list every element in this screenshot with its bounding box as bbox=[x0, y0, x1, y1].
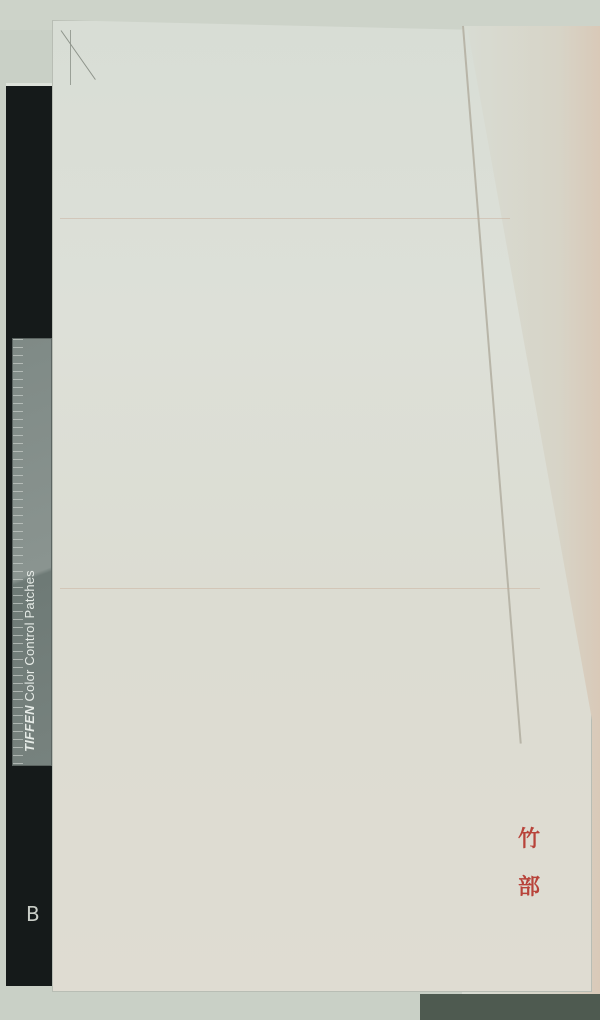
ruler-text: Color Control Patches bbox=[22, 570, 37, 701]
ruler-label: TIFFEN Color Control Patches bbox=[22, 570, 37, 752]
ruler-brand: TIFFEN bbox=[22, 705, 37, 752]
stamp-char-2: 部 bbox=[518, 870, 540, 901]
corner-pencil-mark bbox=[70, 30, 111, 85]
fold-line-upper bbox=[60, 218, 510, 219]
stamp-char-1: 竹 bbox=[518, 822, 540, 853]
board-letter-b: B bbox=[26, 902, 40, 926]
bottom-page-strip bbox=[420, 994, 600, 1020]
fold-line-lower bbox=[60, 588, 540, 589]
